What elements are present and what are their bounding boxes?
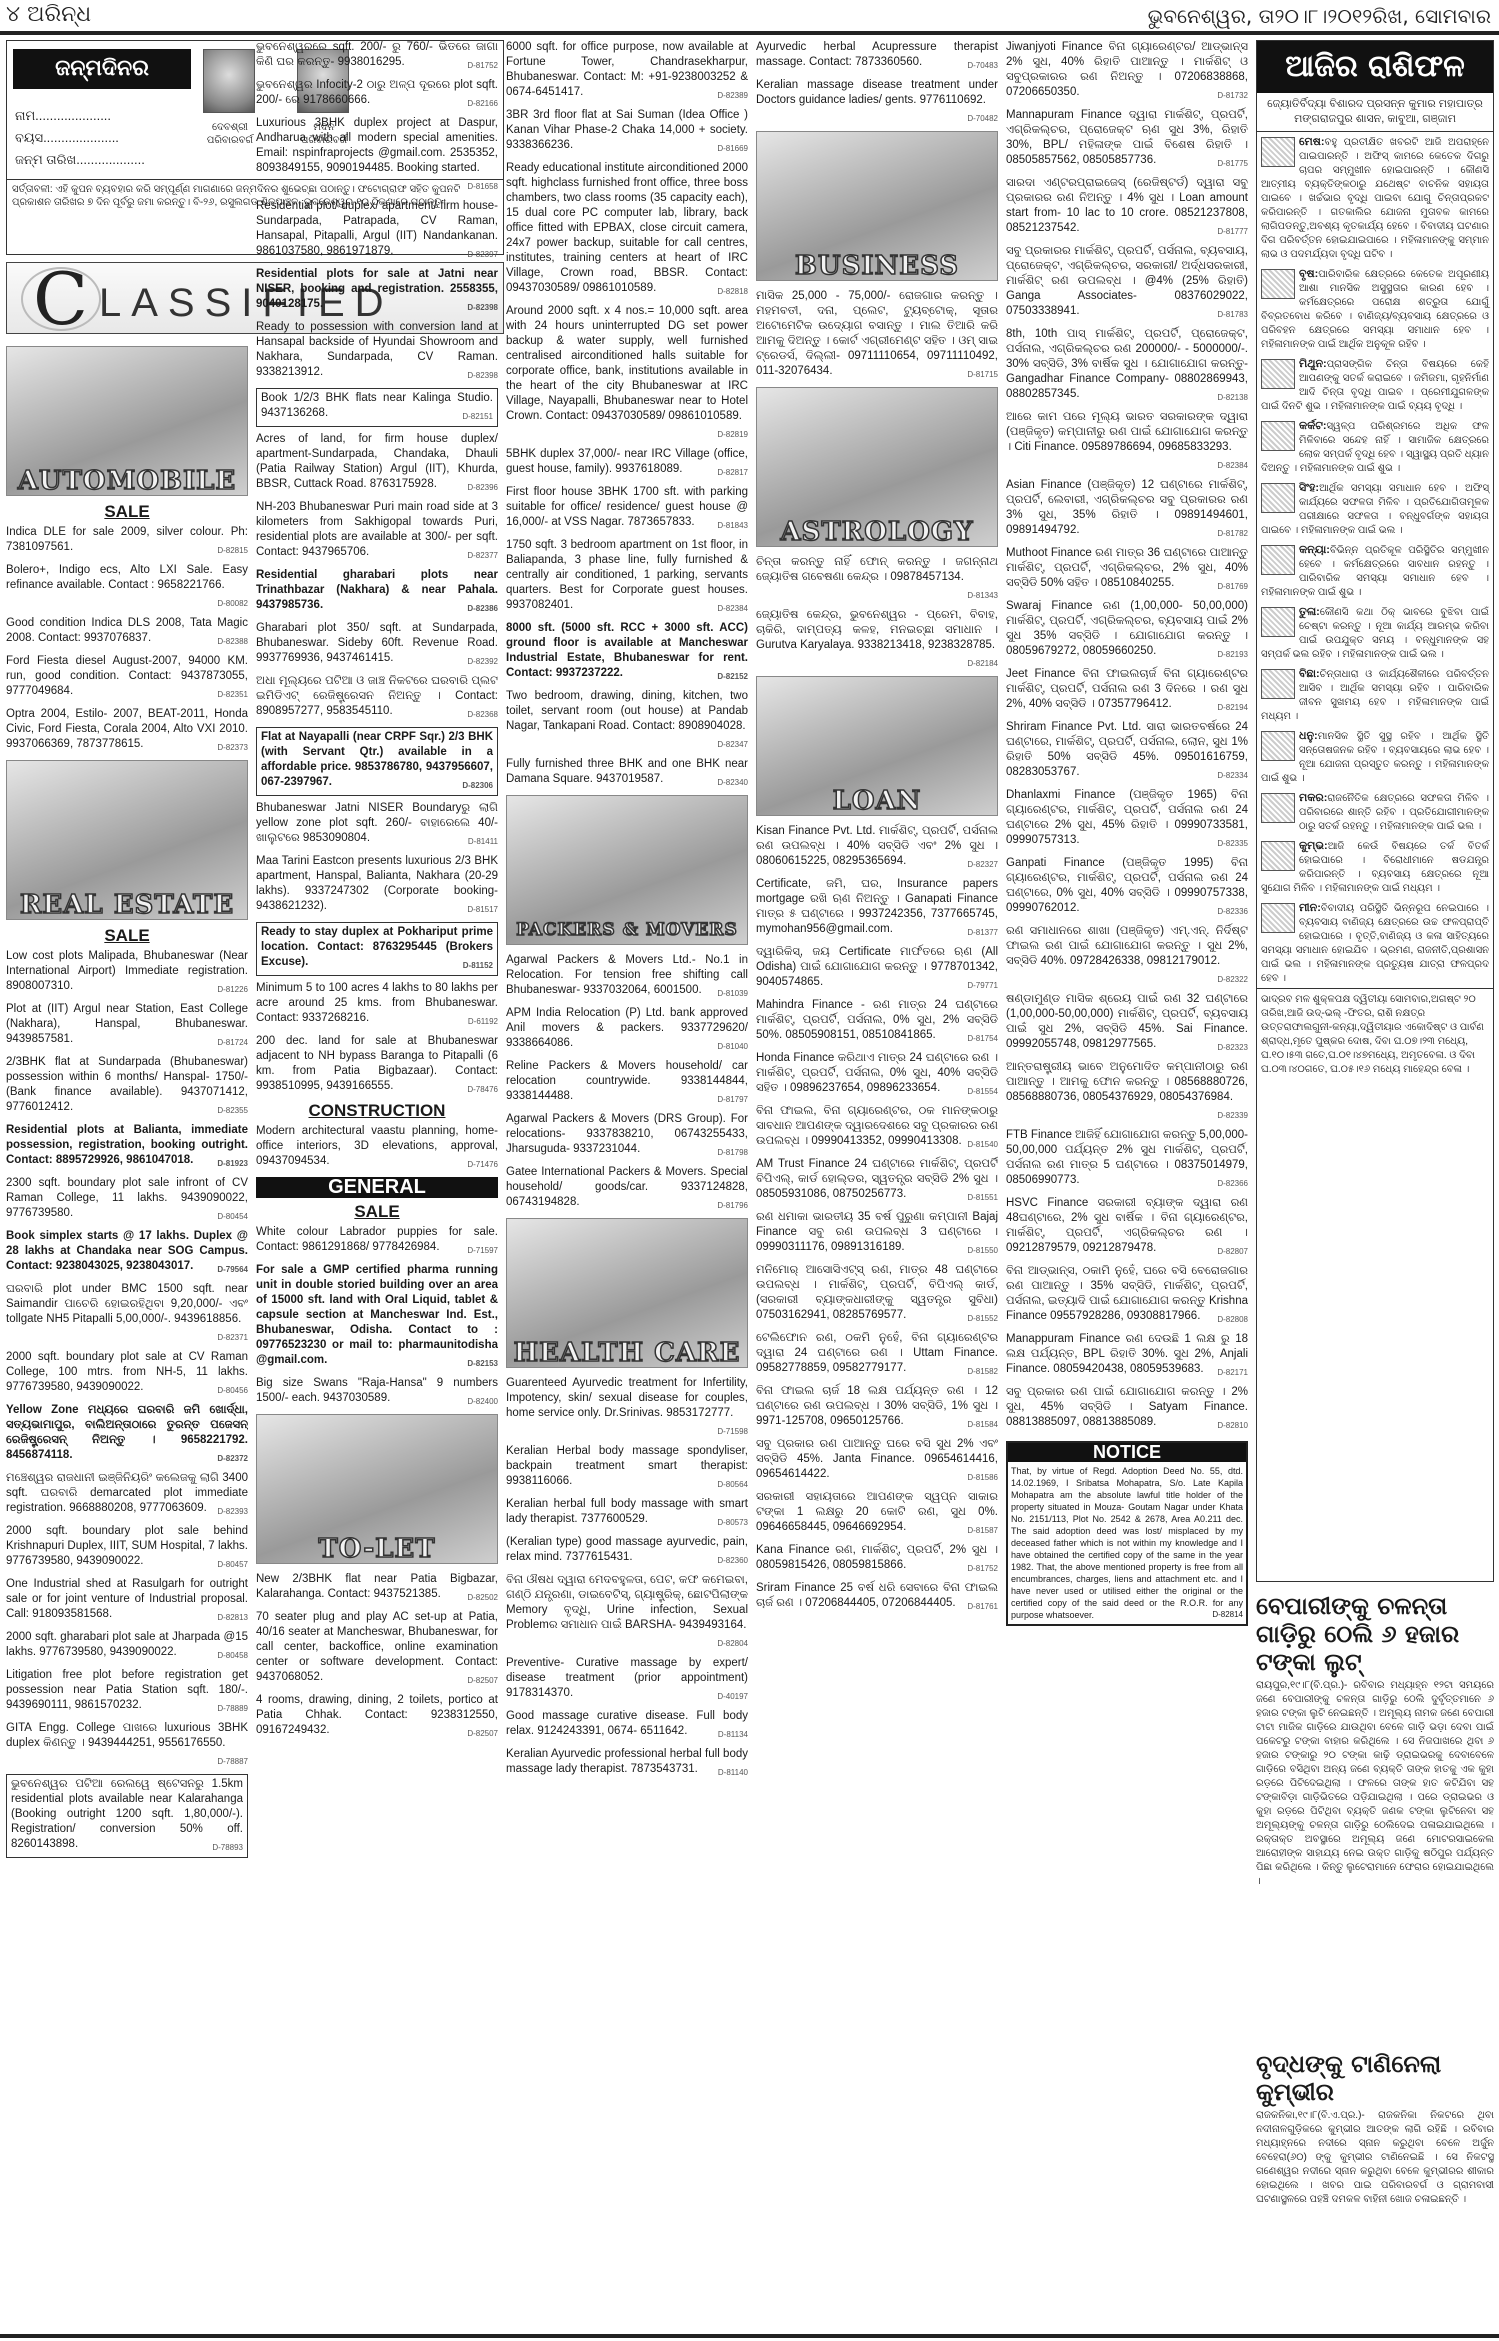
classified-ad: ଭୁବନେଶ୍ୱର ପଟିଆ ରେଲୱେ ଷ୍ଟେସନରୁ 1.5km resi… bbox=[6, 1774, 248, 1858]
classified-ad: Gatee International Packers & Movers. Sp… bbox=[506, 1165, 748, 1213]
packers-movers-image: PACKERS & MOVERS bbox=[506, 795, 748, 945]
classified-ad: 8000 sft. (5000 sft. RCC + 3000 sft. ACC… bbox=[506, 621, 748, 684]
ad-code: D-82397 bbox=[467, 247, 498, 262]
ad-text: One Industrial shed at Rasulgarh for out… bbox=[6, 1578, 248, 1620]
classified-ad: ସାରଦା ଏଣ୍ଟରପ୍ରାଇଜେସ୍ (ରେଜିଷ୍ଟର୍ଡ) ଦ୍ୱାରା… bbox=[1006, 176, 1248, 239]
ad-code: D-81586 bbox=[967, 1470, 998, 1485]
zodiac-icon bbox=[1261, 793, 1295, 823]
real-estate-image: REAL ESTATE bbox=[6, 760, 248, 920]
horoscope-title: ଆଜିର ରାଶିଫଳ bbox=[1257, 41, 1493, 93]
horoscope-sign: କନ୍ୟା:ବିଭିନ୍ନ ପ୍ରତିକୂଳ ପରିସ୍ଥିତିର ସମ୍ମୁଖ… bbox=[1257, 540, 1493, 602]
classified-ad: 4 rooms, drawing, dining, 2 toilets, por… bbox=[256, 1693, 498, 1741]
sign-name: କୁମ୍ଭ: bbox=[1299, 840, 1328, 852]
ad-text: Optra 2004, Estilo- 2007, BEAT-2011, Hon… bbox=[6, 708, 248, 750]
ad-text: ଅଧା ମୂଲ୍ୟରେ ପଟିଆ ଓ ଜାଞ୍ଚ ନିକଟରେ ଘରବାରି ପ… bbox=[256, 675, 498, 717]
zodiac-icon bbox=[1261, 731, 1295, 761]
classified-ad: Minimum 5 to 100 acres 4 lakhs to 80 lak… bbox=[256, 981, 498, 1029]
ad-text: Keralian Herbal body massage spondyliser… bbox=[506, 1445, 748, 1487]
classified-ad: Mannapuram Finance ଦ୍ୱାରା ମାର୍କଶିଟ୍, ପ୍ର… bbox=[1006, 108, 1248, 171]
classified-ad: Yellow Zone ମଧ୍ୟରେ ଘରବାରି ଜମି ଖୋର୍ଦ୍ଧା, … bbox=[6, 1403, 248, 1466]
ad-code: D-79771 bbox=[967, 978, 998, 993]
classified-ad: ଭୁବନେଶ୍ୱର Infocity-2 ଠାରୁ ଅଳ୍ପ ଦୂରରେ plo… bbox=[256, 78, 498, 111]
ad-text: Bolero+, Indigo ecs, Alto LXI Sale. Easy… bbox=[6, 564, 248, 591]
business-image: BUSINESS bbox=[756, 131, 998, 281]
ad-text: Yellow Zone ମଧ୍ୟରେ ଘରବାରି ଜମି ଖୋର୍ଦ୍ଧା, … bbox=[6, 1404, 248, 1461]
dob-field: ଜନ୍ମ ତାରିଖ................... bbox=[15, 149, 185, 171]
ad-code: D-82153 bbox=[467, 1356, 498, 1371]
zodiac-icon bbox=[1261, 483, 1295, 513]
ad-text: Preventive- Curative massage by expert/ … bbox=[506, 1657, 748, 1699]
ad-text: Shriram Finance Pvt. Ltd. ସାରା ଭାରତବର୍ଷର… bbox=[1006, 721, 1248, 778]
ad-code: D-82392 bbox=[467, 654, 498, 669]
ad-code: D-81715 bbox=[967, 367, 998, 382]
classified-ad: ସବୁ ପ୍ରକାରର ମାର୍କଶିଟ୍, ପ୍ରପର୍ଟି, ପର୍ସନାଲ… bbox=[1006, 244, 1248, 322]
ad-text: 2000 sqft. gharabari plot sale at Jharpa… bbox=[6, 1631, 248, 1658]
news-body: ରାଜକନିକା,୧୯।୮(ବି.ଏ.ପ୍ର.)- ରାଜକନିକା ନିକଟର… bbox=[1256, 2109, 1494, 2207]
ad-code: D-82396 bbox=[467, 480, 498, 495]
classified-ad: ଆରେ କାମ ପରେ ମୂଲ୍ୟ ଭାରତ ସରକାରଙ୍କ ଦ୍ୱାରା (… bbox=[1006, 410, 1248, 473]
ad-code: D-82371 bbox=[217, 1330, 248, 1345]
classified-ad: NH-203 Bhubaneswar Puri main road side a… bbox=[256, 500, 498, 563]
classified-ad: Residential plots at Balianta, immediate… bbox=[6, 1123, 248, 1171]
age-field: ବୟସ..................... bbox=[15, 127, 185, 149]
ad-text: For sale a GMP certified pharma running … bbox=[256, 1264, 498, 1366]
ad-code: D-78887 bbox=[217, 1754, 248, 1769]
ad-text: Flat at Nayapalli (near CRPF Sqr.) 2/3 B… bbox=[261, 731, 493, 788]
classified-ad: GITA Engg. College ପାଖରେ luxurious 3BHK … bbox=[6, 1721, 248, 1769]
ad-code: D-81134 bbox=[718, 1727, 748, 1742]
ad-code: D-79564 bbox=[217, 1262, 248, 1277]
classified-ad: Dhanlaxmi Finance (ପଞ୍ଜିକୃତ 1965) ବିନା ଗ… bbox=[1006, 788, 1248, 851]
classified-ad: Two bedroom, drawing, dining, kitchen, t… bbox=[506, 689, 748, 752]
ad-code: D-82808 bbox=[1217, 1312, 1248, 1327]
classified-ad: Low cost plots Malipada, Bhubaneswar (Ne… bbox=[6, 949, 248, 997]
classified-ad: Kisan Finance Pvt. Ltd. ମାର୍କଶିଟ୍, ପ୍ରପର… bbox=[756, 824, 998, 872]
ad-code: D-81550 bbox=[967, 1243, 998, 1258]
ad-code: D-82389 bbox=[717, 88, 748, 103]
ad-text: Keralian massage disease treatment under… bbox=[756, 79, 998, 106]
ad-text: Agarwal Packers & Movers (DRS Group). Fo… bbox=[506, 1113, 748, 1155]
ad-code: D-81040 bbox=[717, 1039, 748, 1054]
ad-text: 200 dec. land for sale at Bhubaneswar ad… bbox=[256, 1035, 498, 1092]
ad-code: D-82819 bbox=[717, 427, 748, 442]
sign-text: ପାରିବାରିକ କ୍ଷେତ୍ରରେ କେତେକ ଅପୂରଣୀୟ ଆଶା ମା… bbox=[1261, 269, 1489, 350]
classified-ad: ସବୁ ପ୍ରକାର ରଣ ପାଇଁ ଯୋଗାଯୋଗ କରନ୍ତୁ । 2% ସ… bbox=[1006, 1385, 1248, 1433]
ad-code: D-81552 bbox=[967, 1311, 998, 1326]
ad-text: 2300 sqft. boundary plot sale infront of… bbox=[6, 1177, 248, 1219]
ad-text: Jeet Finance ବିନା ଫାଇଲଚାର୍ଜ ବିନା ଗ୍ୟାରେଣ… bbox=[1006, 668, 1248, 710]
ad-code: D-82336 bbox=[1217, 904, 1248, 919]
ad-text: ଭୁବନେଶ୍ୱର Infocity-2 ଠାରୁ ଅଳ୍ପ ଦୂରରେ plo… bbox=[256, 79, 498, 106]
ad-code: D-82400 bbox=[467, 1394, 498, 1409]
ad-text: Minimum 5 to 100 acres 4 lakhs to 80 lak… bbox=[256, 982, 498, 1024]
classified-ad: Mahindra Finance - ରଣ ମାତ୍ର 24 ଘଣ୍ଟାରେ ମ… bbox=[756, 998, 998, 1046]
sign-name: ବୃଷ: bbox=[1299, 268, 1318, 280]
ad-code: D-81540 bbox=[967, 1137, 998, 1152]
ad-code: D-81669 bbox=[717, 141, 748, 156]
horoscope-sign: କର୍କଟ:ସ୍ୱଳ୍ପ ପରିଶ୍ରମରେ ଅଧିକ ଫଳ ମିଳିବାରେ … bbox=[1257, 416, 1493, 478]
ad-code: D-81797 bbox=[717, 1092, 748, 1107]
ad-code: D-40197 bbox=[717, 1689, 748, 1704]
ad-text: Kisan Finance Pvt. Ltd. ମାର୍କଶିଟ୍, ପ୍ରପର… bbox=[756, 825, 998, 867]
ad-text: ଷଣ୍ଡାମୁଣ୍ଡ ମାସିକ ଶ୍ରେୟ ପାଇଁ ରଣ 32 ଘଣ୍ଟାର… bbox=[1006, 993, 1248, 1050]
classified-ad: ଅଧା ମୂଲ୍ୟରେ ପଟିଆ ଓ ଜାଞ୍ଚ ନିକଟରେ ଘରବାରି ପ… bbox=[256, 674, 498, 722]
ad-text: ବିନା ଔଷଧ ଦ୍ୱାରା ମେଦବହୁଳତା, ପେଟ, କଫ କମେଇବ… bbox=[506, 1574, 748, 1631]
ad-code: D-82810 bbox=[1217, 1418, 1248, 1433]
column-5: Ayurvedic herbal Acupressure therapist m… bbox=[756, 40, 998, 2331]
ad-code: D-80454 bbox=[217, 1209, 248, 1224]
ad-code: D-82322 bbox=[1217, 972, 1248, 987]
classified-ad: Good condition Indica DLS 2008, Tata Mag… bbox=[6, 616, 248, 649]
ad-text: 4 rooms, drawing, dining, 2 toilets, por… bbox=[256, 1694, 498, 1736]
classified-ad: Keralian Herbal body massage spondyliser… bbox=[506, 1444, 748, 1492]
classified-ad: ରଣ ସମାଧାନରେ ଶାଖା (ପଞ୍ଜିକୃତ) ଏମ୍.ଏନ୍. ନିର… bbox=[1006, 924, 1248, 987]
classified-ad: Asian Finance (ପଞ୍ଜିକୃତ) 12 ଘଣ୍ଟାରେ ମାର୍… bbox=[1006, 478, 1248, 541]
classified-ad: ମନିମୋର୍ ଆସୋସିଏଟ୍‌ସ୍ ରଣ, ମାତ୍ର 48 ଘଣ୍ଟାରେ… bbox=[756, 1263, 998, 1326]
classified-ad: Ayurvedic herbal Acupressure therapist m… bbox=[756, 40, 998, 73]
section-heading-sale: SALE bbox=[6, 504, 248, 519]
sign-text: ବିଭିନ୍ନ ପ୍ରତିକୂଳ ପରିସ୍ଥିତିର ସମ୍ମୁଖୀନ ହେବ… bbox=[1261, 545, 1489, 598]
ad-code: D-78893 bbox=[212, 1840, 243, 1855]
ad-code: D-81584 bbox=[967, 1417, 998, 1432]
classified-ad: FTB Finance ଆଜିହିଁ ଯୋଗାଯୋଗ କରନ୍ତୁ 5,00,0… bbox=[1006, 1128, 1248, 1191]
ad-text: Residential plot/ duplex/ apartment/ fir… bbox=[256, 200, 498, 257]
ad-text: ସବୁ ପ୍ରକାର ରଣ ପାଇଁ ଯୋଗାଯୋଗ କରନ୍ତୁ । 2% ସ… bbox=[1006, 1386, 1248, 1428]
classified-ad: Bolero+, Indigo ecs, Alto LXI Sale. Easy… bbox=[6, 563, 248, 611]
ad-text: (Keralian type) good massage ayurvedic, … bbox=[506, 1536, 748, 1563]
classified-ad: Keralian herbal full body massage with s… bbox=[506, 1497, 748, 1530]
ad-text: 3BR 3rd floor flat at Sai Suman (Idea Of… bbox=[506, 109, 748, 151]
name-field: ନାମ..................... bbox=[15, 105, 185, 127]
ad-code: D-81783 bbox=[1217, 307, 1248, 322]
column-1: AUTOMOBILE SALE Indica DLE for sale 2009… bbox=[6, 342, 248, 2331]
classified-ad: Kana Finance ରଣ, ମାର୍କଶିଟ୍, ପ୍ରପର୍ଟି, 2%… bbox=[756, 1543, 998, 1576]
classified-ad: Shriram Finance Pvt. Ltd. ସାରା ଭାରତବର୍ଷର… bbox=[1006, 720, 1248, 783]
ad-text: ଭୁବନେଶ୍ୱରରେ sqft. 200/- ରୁ 760/- ଭିତରେ ଜ… bbox=[256, 41, 498, 68]
classified-ad: ସରକାରୀ ସହାୟତାରେ ଆପଣଙ୍କ ସ୍ୱପ୍ନ ସାକାର ଟଙ୍କ… bbox=[756, 1490, 998, 1538]
classified-ad: 6000 sqft. for office purpose, now avail… bbox=[506, 40, 748, 103]
ad-code: D-82393 bbox=[217, 1504, 248, 1519]
ad-code: D-82339 bbox=[1217, 1108, 1248, 1123]
ad-text: Low cost plots Malipada, Bhubaneswar (Ne… bbox=[6, 950, 248, 992]
ad-text: ଟେଲିଫୋନ ରଣ, ଠକମି ନୁହେଁ, ବିନା ଗ୍ୟାରେଣ୍ଟର … bbox=[756, 1332, 998, 1374]
ad-text: Agarwal Packers & Movers Ltd.- No.1 in R… bbox=[506, 954, 748, 996]
ad-text: ସରକାରୀ ସହାୟତାରେ ଆପଣଙ୍କ ସ୍ୱପ୍ନ ସାକାର ଟଙ୍କ… bbox=[756, 1491, 998, 1533]
ad-text: 2000 sqft. boundary plot sale behind Kri… bbox=[6, 1525, 248, 1567]
classified-ad: Book simplex starts @ 17 lakhs. Duplex @… bbox=[6, 1229, 248, 1277]
classified-ad: Acres of land, for firm house duplex/ ap… bbox=[256, 432, 498, 495]
ad-code: D-82507 bbox=[467, 1726, 498, 1741]
classified-ad: Preventive- Curative massage by expert/ … bbox=[506, 1656, 748, 1704]
classified-ad: ଟେଲିଫୋନ ରଣ, ଠକମି ନୁହେଁ, ବିନା ଗ୍ୟାରେଣ୍ଟର … bbox=[756, 1331, 998, 1379]
ad-code: D-80458 bbox=[217, 1648, 248, 1663]
ad-text: ମାସିକ 25,000 - 75,000/- ରୋଜଗାର କରନ୍ତୁ । … bbox=[756, 290, 998, 377]
ad-code: D-81582 bbox=[967, 1364, 998, 1379]
ad-code: D-80456 bbox=[217, 1383, 248, 1398]
zodiac-icon bbox=[1261, 841, 1295, 871]
ad-text: Residential plots for sale at Jatni near… bbox=[256, 268, 498, 310]
classified-ad: Residential plot/ duplex/ apartment/ fir… bbox=[256, 199, 498, 262]
ad-code: D-81769 bbox=[1217, 579, 1248, 594]
ad-code: D-82384 bbox=[1217, 458, 1248, 473]
classified-ad: Optra 2004, Estilo- 2007, BEAT-2011, Hon… bbox=[6, 707, 248, 755]
ad-text: ମନିମୋର୍ ଆସୋସିଏଟ୍‌ସ୍ ରଣ, ମାତ୍ର 48 ଘଣ୍ଟାରେ… bbox=[756, 1264, 998, 1321]
notice-body: That, by virtue of Regd. Adoption Deed N… bbox=[1008, 1462, 1246, 1624]
classified-ad: HSVC Finance ସରକାରୀ ବ୍ୟାଙ୍କ ଦ୍ୱାରା ରଣ 48… bbox=[1006, 1196, 1248, 1259]
classified-ad: Big size Swans "Raja-Hansa" 9 numbers 15… bbox=[256, 1376, 498, 1409]
horoscope-sign: ଧନୁ:ମାନସିକ ସ୍ଥିତି ସୁସ୍ଥ ରହିବ । ଆର୍ଥିକ ସ୍… bbox=[1257, 726, 1493, 788]
classified-ad: 2000 sqft. boundary plot sale behind Kri… bbox=[6, 1524, 248, 1572]
ad-text: Keralian Ayurvedic professional herbal f… bbox=[506, 1748, 748, 1775]
ad-text: Ready educational institute aircondition… bbox=[506, 162, 748, 294]
horoscope-sign: ବିଛା:ଚିନ୍ତାଧାରା ଓ କାର୍ଯ୍ୟଶୈଳୀରେ ପରିବର୍ତ୍… bbox=[1257, 664, 1493, 726]
classified-ad: Agarwal Packers & Movers Ltd.- No.1 in R… bbox=[506, 953, 748, 1001]
ad-text: Residential gharabari plots near Trinath… bbox=[256, 569, 498, 611]
news-body: ରାୟପୁର,୧୯।୮(ବି.ପ୍ର.)- ରବିବାର ମଧ୍ୟାହ୍ନ ୧୨… bbox=[1256, 1679, 1494, 1889]
ad-text: Muthoot Finance ରଣ ମାତ୍ର 36 ଘଣ୍ଟାରେ ପାଆନ… bbox=[1006, 547, 1248, 589]
classified-ad: Ready educational institute aircondition… bbox=[506, 161, 748, 299]
ad-code: D-80082 bbox=[217, 596, 248, 611]
ad-text: ଚିନ୍ତା କରନ୍ତୁ ନାହିଁ ଫୋନ୍ କରନ୍ତୁ । ଜଗନ୍ନା… bbox=[756, 556, 998, 583]
section-heading-sale: SALE bbox=[256, 1204, 498, 1219]
ad-code: D-81843 bbox=[717, 518, 748, 533]
classified-ad: Guarenteed Ayurvedic treatment for Infer… bbox=[506, 1376, 748, 1439]
sign-name: ଧନୁ: bbox=[1299, 730, 1318, 742]
classified-ad: (Keralian type) good massage ayurvedic, … bbox=[506, 1535, 748, 1568]
ad-text: Mannapuram Finance ଦ୍ୱାରା ମାର୍କଶିଟ୍, ପ୍ର… bbox=[1006, 109, 1248, 166]
ad-text: 8000 sft. (5000 sft. RCC + 3000 sft. ACC… bbox=[506, 622, 748, 679]
ad-text: ଦ୍ୱାରିକିସ୍‌, ଜୟ Certificate ମାର୍ଫତରେ ଋଣ … bbox=[756, 946, 998, 988]
ad-code: D-82366 bbox=[1217, 1176, 1248, 1191]
ad-code: D-82194 bbox=[1217, 700, 1248, 715]
ad-code: D-70482 bbox=[967, 111, 998, 126]
column-4: 6000 sqft. for office purpose, now avail… bbox=[506, 40, 748, 2331]
classified-ad: Ganpati Finance (ପଞ୍ଜିକୃତ 1995) ବିନା ଗ୍ୟ… bbox=[1006, 856, 1248, 919]
classified-ad: Good massage curative disease. Full body… bbox=[506, 1709, 748, 1742]
zodiac-icon bbox=[1261, 903, 1295, 933]
zodiac-icon bbox=[1261, 421, 1295, 451]
ad-text: Big size Swans "Raja-Hansa" 9 numbers 15… bbox=[256, 1377, 498, 1404]
section-heading-construction: CONSTRUCTION bbox=[256, 1103, 498, 1118]
classified-ad: Swaraj Finance ରଣ (1,00,000- 50,00,000) … bbox=[1006, 599, 1248, 662]
horoscope-sign: ମିଥୁନ:ପ୍ରାସଙ୍ଗିକ ଚିନ୍ତା ବିଷୟରେ କେହି ଆପଣଙ… bbox=[1257, 354, 1493, 416]
ad-code: D-81775 bbox=[1217, 156, 1248, 171]
horoscope-sign: ମକର:ରାଜନୈତିକ କ୍ଷେତ୍ରରେ ସଫଳତା ମିଳିବ । ପରି… bbox=[1257, 788, 1493, 836]
ad-code: D-82323 bbox=[1217, 1040, 1248, 1055]
ad-code: D-81140 bbox=[718, 1765, 748, 1780]
ad-code: D-81923 bbox=[217, 1156, 248, 1171]
ad-code: D-82388 bbox=[217, 634, 248, 649]
classified-ad: Ford Fiesta diesel August-2007, 94000 KM… bbox=[6, 654, 248, 702]
ad-text: Manappuram Finance ରଣ ଦେଉଛି 1 ଲକ୍ଷ ରୁ 18… bbox=[1006, 1333, 1248, 1375]
classified-ad: 8th, 10th ପାସ୍ ମାର୍କଶିଟ୍, ପ୍ରପର୍ଟି, ପ୍ରୋ… bbox=[1006, 327, 1248, 405]
ad-code: D-82398 bbox=[467, 300, 498, 315]
ad-text: 5BHK duplex 37,000/- near IRC Village (o… bbox=[506, 448, 748, 475]
ad-text: Gatee International Packers & Movers. Sp… bbox=[506, 1166, 748, 1208]
bottom-rule bbox=[0, 2334, 1499, 2338]
coupon-title: ଜନ୍ମଦିନର ଶୁଭେଚ୍ଛା bbox=[13, 49, 191, 89]
ad-code: D-61192 bbox=[468, 1014, 498, 1029]
classified-ad: 3BR 3rd floor flat at Sai Suman (Idea Of… bbox=[506, 108, 748, 156]
zodiac-icon bbox=[1261, 607, 1295, 637]
sign-name: ମୀନ: bbox=[1299, 902, 1321, 914]
ad-text: ଜ୍ୟୋତିଷ କେନ୍ଦ୍ର, ଭୁବନେଶ୍ୱର - ପ୍ରେମ, ବିବା… bbox=[756, 609, 998, 651]
ad-code: D-81343 bbox=[967, 588, 998, 603]
ad-text: ସବୁ ପ୍ରକାର ରଣ ପାଆନ୍ତୁ ଘରେ ବସି ସୁଧ 2% ଏବଂ… bbox=[756, 1438, 998, 1480]
ad-code: D-82347 bbox=[717, 737, 748, 752]
zodiac-icon bbox=[1261, 359, 1295, 389]
ad-code: D-82351 bbox=[217, 687, 248, 702]
ad-text: 6000 sqft. for office purpose, now avail… bbox=[506, 41, 748, 98]
ad-text: 8th, 10th ପାସ୍ ମାର୍କଶିଟ୍, ପ୍ରପର୍ଟି, ପ୍ରୋ… bbox=[1006, 328, 1248, 400]
ad-text: ସାରଦା ଏଣ୍ଟରପ୍ରାଇଜେସ୍ (ରେଜିଷ୍ଟର୍ଡ) ଦ୍ୱାରା… bbox=[1006, 177, 1248, 234]
classified-ad: ବିନା ଫାଇଲ, ବିନା ଗ୍ୟାରେଣ୍ଟର, ଠକ ମାନଙ୍କଠାର… bbox=[756, 1104, 998, 1152]
classified-ad: 2000 sqft. gharabari plot sale at Jharpa… bbox=[6, 1630, 248, 1663]
classified-ad: Book 1/2/3 BHK flats near Kalinga Studio… bbox=[256, 388, 498, 427]
ad-text: GITA Engg. College ପାଖରେ luxurious 3BHK … bbox=[6, 1722, 248, 1749]
zodiac-icon bbox=[1261, 669, 1295, 699]
ad-text: Litigation free plot before registration… bbox=[6, 1669, 248, 1711]
classified-ad: Fully furnished three BHK and one BHK ne… bbox=[506, 757, 748, 790]
ad-code: D-82386 bbox=[467, 601, 498, 616]
automobile-image: AUTOMOBILE bbox=[6, 346, 248, 496]
ad-text: Fully furnished three BHK and one BHK ne… bbox=[506, 758, 748, 785]
ad-code: D-71476 bbox=[467, 1157, 498, 1172]
ad-text: First floor house 3BHK 1700 sft. with pa… bbox=[506, 486, 748, 528]
ad-text: Good condition Indica DLS 2008, Tata Mag… bbox=[6, 617, 248, 644]
ad-code: D-81782 bbox=[1217, 526, 1248, 541]
sign-text: ବହୁ ପ୍ରତୀକ୍ଷିତ ଖବରଟି ଆଜି ଅପରାହ୍ନେ ପାଇପାର… bbox=[1261, 137, 1489, 260]
classified-ad: Manappuram Finance ରଣ ଦେଉଛି 1 ଲକ୍ଷ ରୁ 18… bbox=[1006, 1332, 1248, 1380]
ad-text: Mahindra Finance - ରଣ ମାତ୍ର 24 ଘଣ୍ଟାରେ ମ… bbox=[756, 999, 998, 1041]
horoscope-sign: ତୁଳା:କୌଣସି କଥା ଠିକ୍ ଭାବରେ ବୁଝିବା ପାଇଁ ଚେ… bbox=[1257, 602, 1493, 664]
sign-name: କର୍କଟ: bbox=[1299, 420, 1327, 432]
ad-code: D-70483 bbox=[967, 58, 998, 73]
ad-text: Jiwanjyoti Finance ବିନା ଗ୍ୟାରେଣ୍ଟର/ ଆଡ୍‌… bbox=[1006, 41, 1248, 98]
ad-text: Sriram Finance 25 ବର୍ଷ ଧରି ସେବାରେ ବିନା ଫ… bbox=[756, 1582, 998, 1609]
ad-text: Good massage curative disease. Full body… bbox=[506, 1710, 748, 1737]
ad-text: ମଞ୍ଚେଶ୍ୱର ରାଜଧାନୀ ଇଞ୍ଜିନିୟରିଂ କଲେଜକୁ ଲାଗ… bbox=[6, 1472, 248, 1514]
ad-text: Bhubaneswar Jatni NISER Boundaryରୁ ଲାଗି … bbox=[256, 802, 498, 844]
ad-code: D-82334 bbox=[1217, 768, 1248, 783]
classified-ad: Sriram Finance 25 ବର୍ଷ ଧରି ସେବାରେ ବିନା ଫ… bbox=[756, 1581, 998, 1614]
ad-code: D-81777 bbox=[1217, 224, 1248, 239]
ad-code: D-80457 bbox=[217, 1557, 248, 1572]
column-6: Jiwanjyoti Finance ବିନା ଗ୍ୟାରେଣ୍ଟର/ ଆଡ୍‌… bbox=[1006, 40, 1248, 2331]
ad-code: D-81377 bbox=[967, 925, 998, 940]
ad-code: D-81039 bbox=[717, 986, 748, 1001]
classified-ad: Bhubaneswar Jatni NISER Boundaryରୁ ଲାଗି … bbox=[256, 801, 498, 849]
ad-text: Keralian herbal full body massage with s… bbox=[506, 1498, 748, 1525]
classified-ad: Plot at (IIT) Argul near Station, East C… bbox=[6, 1002, 248, 1050]
ad-code: D-81754 bbox=[967, 1031, 998, 1046]
news-story-2: ବୃଦ୍ଧଙ୍କୁ ଟାଣିନେଲା କୁମ୍ଭୀର ରାଜକନିକା,୧୯।୮… bbox=[1256, 2050, 1494, 2207]
classified-ad: Litigation free plot before registration… bbox=[6, 1668, 248, 1716]
ad-code: D-82306 bbox=[462, 778, 493, 793]
classified-ad: ମାସିକ 25,000 - 75,000/- ରୋଜଗାର କରନ୍ତୁ । … bbox=[756, 289, 998, 382]
notice-title: NOTICE bbox=[1008, 1443, 1246, 1462]
classified-ad: Jiwanjyoti Finance ବିନା ଗ୍ୟାରେଣ୍ଟର/ ଆଡ୍‌… bbox=[1006, 40, 1248, 103]
ad-text: Reline Packers & Movers household/ car r… bbox=[506, 1060, 748, 1102]
classified-ad: First floor house 3BHK 1700 sft. with pa… bbox=[506, 485, 748, 533]
classified-ad: 2300 sqft. boundary plot sale infront of… bbox=[6, 1176, 248, 1224]
ad-text: Acres of land, for firm house duplex/ ap… bbox=[256, 433, 498, 490]
panjika: ଭାଦ୍ରବ ମଳ ଶୁକ୍ଳପକ୍ଷ ଦ୍ୱିତୀୟା ସୋମବାର,ଅଗଷ୍… bbox=[1257, 988, 1493, 1081]
news-headline: ବୃଦ୍ଧଙ୍କୁ ଟାଣିନେଲା କୁମ୍ଭୀର bbox=[1256, 2050, 1494, 2106]
ad-text: HSVC Finance ସରକାରୀ ବ୍ୟାଙ୍କ ଦ୍ୱାରା ରଣ 48… bbox=[1006, 1197, 1248, 1254]
ad-code: D-81226 bbox=[217, 982, 248, 997]
ad-code: D-81752 bbox=[467, 58, 498, 73]
classified-ad: Ready to stay duplex at Pokhariput prime… bbox=[256, 922, 498, 976]
sign-text: ମାନସିକ ସ୍ଥିତି ସୁସ୍ଥ ରହିବ । ଆର୍ଥିକ ସ୍ଥିତି… bbox=[1261, 731, 1489, 784]
ad-code: D-81587 bbox=[967, 1523, 998, 1538]
to-let-image: TO-LET bbox=[256, 1414, 498, 1564]
horoscope-sign: କୁମ୍ଭ:ଆଜି କେଉଁ ବିଷୟରେ ତର୍କ ବିତର୍କ ହୋଇପାର… bbox=[1257, 836, 1493, 898]
ad-code: D-82373 bbox=[217, 740, 248, 755]
classified-ad: Reline Packers & Movers household/ car r… bbox=[506, 1059, 748, 1107]
ad-code: D-82372 bbox=[217, 1451, 248, 1466]
classified-ad: ଚିନ୍ତା କରନ୍ତୁ ନାହିଁ ଫୋନ୍ କରନ୍ତୁ । ଜଗନ୍ନା… bbox=[756, 555, 998, 603]
ad-text: ବିନା ଫାଇଲ, ବିନା ଗ୍ୟାରେଣ୍ଟର, ଠକ ମାନଙ୍କଠାର… bbox=[756, 1105, 998, 1147]
ad-text: Honda Finance କରିଥାଏ ମାତ୍ର 24 ଘଣ୍ଟାରେ ରଣ… bbox=[756, 1052, 998, 1094]
classified-ad: Residential gharabari plots near Trinath… bbox=[256, 568, 498, 616]
classified-ad: ଦ୍ୱାରିକିସ୍‌, ଜୟ Certificate ମାର୍ଫତରେ ଋଣ … bbox=[756, 945, 998, 993]
legal-notice: NOTICEThat, by virtue of Regd. Adoption … bbox=[1006, 1441, 1248, 1626]
classified-ad: ଜ୍ୟୋତିଷ କେନ୍ଦ୍ର, ଭୁବନେଶ୍ୱର - ପ୍ରେମ, ବିବା… bbox=[756, 608, 998, 671]
classified-ad: ଷଣ୍ଡାମୁଣ୍ଡ ମାସିକ ଶ୍ରେୟ ପାଇଁ ରଣ 32 ଘଣ୍ଟାର… bbox=[1006, 992, 1248, 1055]
ad-text: ରଣ ଧମାକା ଭାରତୀୟ 35 ବର୍ଷ ପୁରୁଣା କମ୍ପାନୀ B… bbox=[756, 1211, 998, 1253]
ad-text: NH-203 Bhubaneswar Puri main road side a… bbox=[256, 501, 498, 558]
ad-text: ଆନ୍ତରାଷ୍ଟ୍ରୀୟ ଭାବେ ଅନୁମୋଦିତ କମ୍ପାନୀଠାରୁ … bbox=[1006, 1061, 1248, 1103]
ad-code: D-82807 bbox=[1217, 1244, 1248, 1259]
ad-code: D-81554 bbox=[967, 1084, 998, 1099]
ad-text: Certificate, ଜମି, ଘର, Insurance papers m… bbox=[756, 878, 998, 935]
ad-code: D-82166 bbox=[467, 96, 498, 111]
page-number: ୪ ଅରିନ୍ଧ bbox=[6, 2, 91, 27]
zodiac-icon bbox=[1261, 137, 1295, 167]
ad-code: D-82507 bbox=[467, 1673, 498, 1688]
ad-code: D-82152 bbox=[717, 669, 748, 684]
ad-code: D-78889 bbox=[217, 1701, 248, 1716]
ad-code: D-82327 bbox=[967, 857, 998, 872]
ad-text: Ford Fiesta diesel August-2007, 94000 KM… bbox=[6, 655, 248, 697]
ad-text: APM India Relocation (P) Ltd. bank appro… bbox=[506, 1007, 748, 1049]
classified-ad: AM Trust Finance 24 ଘଣ୍ଟାରେ ମାର୍କଶିଟ୍, ପ… bbox=[756, 1157, 998, 1205]
classified-ad: Indica DLE for sale 2009, silver colour.… bbox=[6, 525, 248, 558]
classified-ad: Agarwal Packers & Movers (DRS Group). Fo… bbox=[506, 1112, 748, 1160]
classified-ad: White colour Labrador puppies for sale. … bbox=[256, 1225, 498, 1258]
photo-portrait-1 bbox=[203, 49, 255, 113]
classified-ad: Flat at Nayapalli (near CRPF Sqr.) 2/3 B… bbox=[256, 727, 498, 796]
ad-text: New 2/3BHK flat near Patia Bigbazar, Kal… bbox=[256, 1573, 498, 1600]
ad-text: Book 1/2/3 BHK flats near Kalinga Studio… bbox=[261, 392, 493, 419]
sign-text: ଆର୍ଥିକ ସମସ୍ୟା ସମାଧାନ ହେବ । ଅଫିସ୍ କାର୍ଯ୍ୟ… bbox=[1261, 483, 1489, 536]
ad-code: D-81798 bbox=[717, 1145, 748, 1160]
zodiac-icon bbox=[1261, 545, 1295, 575]
classified-ad: 2000 sqft. boundary plot sale at CV Rama… bbox=[6, 1350, 248, 1398]
ad-code: D-80564 bbox=[717, 1477, 748, 1492]
ad-text: Around 2000 sqft. x 4 nos.= 10,000 sqft.… bbox=[506, 305, 748, 422]
classified-ad: New 2/3BHK flat near Patia Bigbazar, Kal… bbox=[256, 1572, 498, 1605]
ad-text: ବିନା ଫାଇଲ ଚାର୍ଜ 18 ଲକ୍ଷ ପର୍ଯ୍ୟନ୍ତ ରଣ । 1… bbox=[756, 1385, 998, 1427]
ad-text: Swaraj Finance ରଣ (1,00,000- 50,00,000) … bbox=[1006, 600, 1248, 657]
classified-ad: Maa Tarini Eastcon presents luxurious 2/… bbox=[256, 854, 498, 917]
classified-ad: 70 seater plug and play AC set-up at Pat… bbox=[256, 1610, 498, 1688]
classified-ad: 200 dec. land for sale at Bhubaneswar ad… bbox=[256, 1034, 498, 1097]
ad-code: D-82193 bbox=[1217, 647, 1248, 662]
sign-name: ମିଥୁନ: bbox=[1299, 358, 1327, 370]
ad-text: Residential plots at Balianta, immediate… bbox=[6, 1124, 248, 1166]
